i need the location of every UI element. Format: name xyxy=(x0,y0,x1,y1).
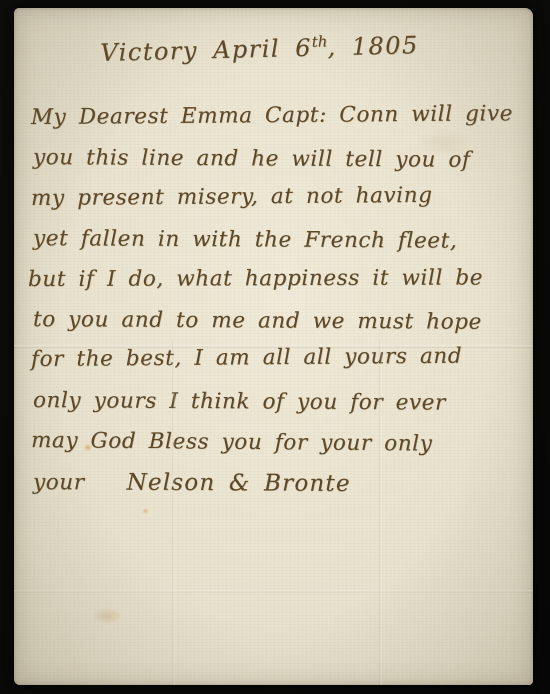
fold-crease-horizontal xyxy=(14,590,533,593)
signature: Nelson & Bronte xyxy=(126,462,350,504)
letter-line: for the best, I am all all yours and xyxy=(31,336,527,380)
letter-closing-line: your Nelson & Bronte xyxy=(33,462,529,505)
letter-line: only yours I think of you for ever xyxy=(33,381,529,424)
dateline-ordinal: th xyxy=(312,32,328,50)
letter-paper: Victory April 6th, 1805 My Dearest Emma … xyxy=(14,8,533,685)
closing-word: your xyxy=(33,463,85,504)
photo-background: Victory April 6th, 1805 My Dearest Emma … xyxy=(0,0,550,694)
paper-stain xyxy=(92,608,122,624)
letter-dateline: Victory April 6th, 1805 xyxy=(14,28,519,70)
letter-line: may God Bless you for your only xyxy=(31,421,527,466)
letter-body: My Dearest Emma Capt: Conn will give you… xyxy=(31,98,527,502)
letter-line: my present misery, at not having xyxy=(31,175,527,219)
paper-stain xyxy=(142,508,149,514)
dateline-place-date: Victory April 6 xyxy=(100,34,312,67)
letter-line: yet fallen in with the French fleet, xyxy=(33,219,529,262)
letter-line: My Dearest Emma Capt: Conn will give xyxy=(31,94,527,138)
dateline-year: , 1805 xyxy=(327,31,419,61)
letter-line: but if I do, what happiness it will be xyxy=(28,258,524,300)
